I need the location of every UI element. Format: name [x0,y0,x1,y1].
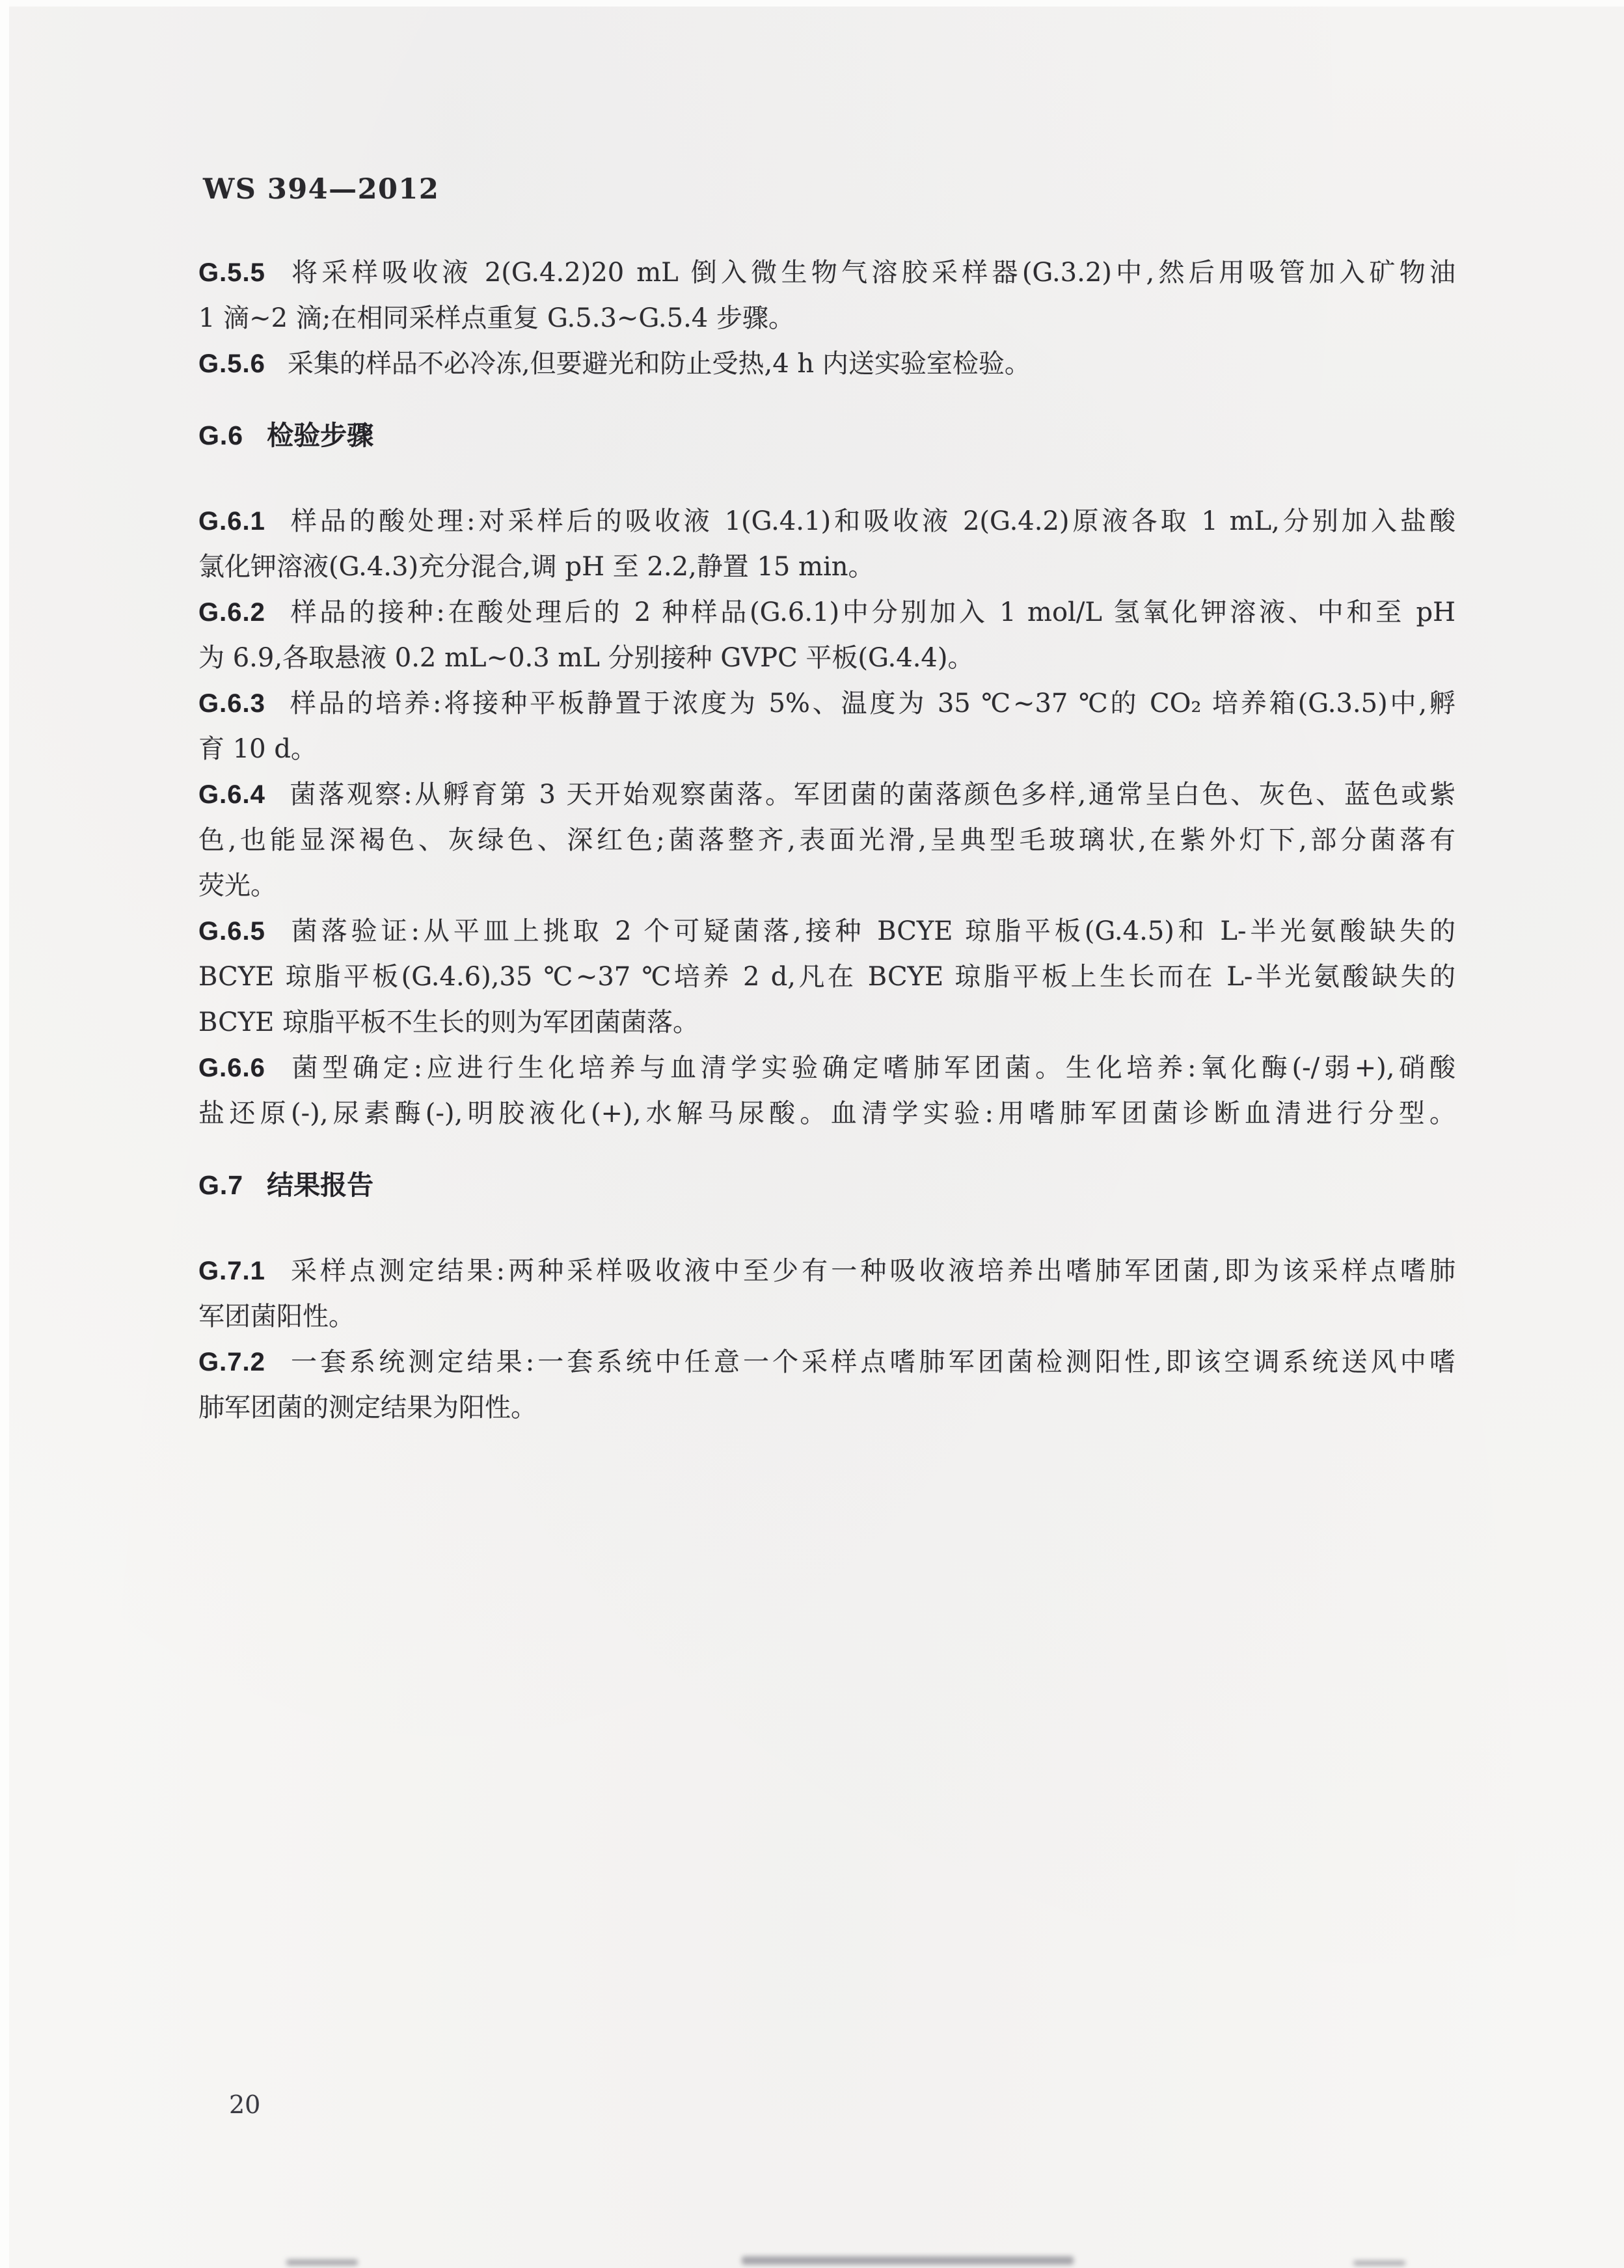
scan-edge-left [0,0,9,2268]
text-line: 肺军团菌的测定结果为阳性。 [198,1385,1455,1430]
section-title: 检验步骤 [267,420,373,450]
section-number: G.7 [198,1170,243,1200]
text-line: G.7.1采样点测定结果:两种采样吸收液中至少有一种吸收液培养出嗜肺军团菌,即为… [198,1248,1455,1294]
text-line: G.6.5菌落验证:从平皿上挑取 2 个可疑菌落,接种 BCYE 琼脂平板(G.… [198,909,1455,954]
clause-number: G.5.5 [198,258,265,287]
text-line: 为 6.9,各取悬液 0.2 mL~0.3 mL 分别接种 GVPC 平板(G.… [198,635,1455,681]
clause-paragraph: G.7.1采样点测定结果:两种采样吸收液中至少有一种吸收液培养出嗜肺军团菌,即为… [198,1248,1455,1339]
clause-text: BCYE 琼脂平板(G.4.6),35 ℃~37 ℃培养 2 d,凡在 BCYE… [198,962,1455,992]
standard-number-header: WS 394—2012 [203,173,439,206]
clause-number: G.7.1 [198,1257,265,1285]
scan-smudge [1353,2261,1405,2265]
text-line: 1 滴~2 滴;在相同采样点重复 G.5.3~G.5.4 步骤。 [198,295,1455,341]
clause-text: BCYE 琼脂平板不生长的则为军团菌菌落。 [198,1007,699,1037]
text-line: 军团菌阳性。 [198,1294,1455,1339]
section-heading: G.7结果报告 [198,1162,1455,1208]
text-line: G.6.3样品的培养:将接种平板静置于浓度为 5%、温度为 35 ℃~37 ℃的… [198,681,1455,726]
clause-text: 菌落验证:从平皿上挑取 2 个可疑菌落,接种 BCYE 琼脂平板(G.4.5)和… [288,916,1455,946]
clause-text: 样品的培养:将接种平板静置于浓度为 5%、温度为 35 ℃~37 ℃的 CO₂ … [288,689,1455,718]
clause-text: 菌落观察:从孵育第 3 天开始观察菌落。军团菌的菌落颜色多样,通常呈白色、灰色、… [288,780,1455,810]
text-line: 盐还原(-),尿素酶(-),明胶液化(+),水解马尿酸。血清学实验:用嗜肺军团菌… [198,1091,1455,1136]
clause-text: 样品的接种:在酸处理后的 2 种样品(G.6.1)中分别加入 1 mol/L 氢… [288,597,1455,627]
clause-text: 菌型确定:应进行生化培养与血清学实验确定嗜肺军团菌。生化培养:氧化酶(-/弱+)… [288,1053,1455,1083]
clause-text: 1 滴~2 滴;在相同采样点重复 G.5.3~G.5.4 步骤。 [198,303,794,333]
clause-text: 一套系统测定结果:一套系统中任意一个采样点嗜肺军团菌检测阳性,即该空调系统送风中… [288,1347,1455,1377]
text-line: G.6.1样品的酸处理:对采样后的吸收液 1(G.4.1)和吸收液 2(G.4.… [198,499,1455,544]
clause-number: G.6.4 [198,780,265,809]
clause-text: 荧光。 [198,871,277,901]
text-line: G.5.6采集的样品不必冷冻,但要避光和防止受热,4 h 内送实验室检验。 [198,341,1455,387]
text-line: 育 10 d。 [198,726,1455,772]
clause-text: 采集的样品不必冷冻,但要避光和防止受热,4 h 内送实验室检验。 [288,349,1031,379]
clause-text: 肺军团菌的测定结果为阳性。 [198,1393,537,1423]
text-line: G.6.4菌落观察:从孵育第 3 天开始观察菌落。军团菌的菌落颜色多样,通常呈白… [198,772,1455,817]
clause-text: 将采样吸收液 2(G.4.2)20 mL 倒入微生物气溶胶采样器(G.3.2)中… [288,258,1455,288]
clause-number: G.6.1 [198,507,265,536]
section-number: G.6 [198,420,243,450]
document-page: WS 394—2012 G.5.5将采样吸收液 2(G.4.2)20 mL 倒入… [0,0,1624,2268]
clause-number: G.6.3 [198,689,265,718]
clause-number: G.6.6 [198,1054,265,1082]
clause-text: 采样点测定结果:两种采样吸收液中至少有一种吸收液培养出嗜肺军团菌,即为该采样点嗜… [288,1256,1455,1286]
scan-smudge [286,2260,358,2265]
clause-paragraph: G.5.5将采样吸收液 2(G.4.2)20 mL 倒入微生物气溶胶采样器(G.… [198,250,1455,341]
clause-paragraph: G.6.6菌型确定:应进行生化培养与血清学实验确定嗜肺军团菌。生化培养:氧化酶(… [198,1045,1455,1136]
text-line: BCYE 琼脂平板不生长的则为军团菌菌落。 [198,1000,1455,1045]
clause-paragraph: G.5.6采集的样品不必冷冻,但要避光和防止受热,4 h 内送实验室检验。 [198,341,1455,387]
clause-text: 色,也能显深褐色、灰绿色、深红色;菌落整齐,表面光滑,呈典型毛玻璃状,在紫外灯下… [198,825,1455,855]
text-line: BCYE 琼脂平板(G.4.6),35 ℃~37 ℃培养 2 d,凡在 BCYE… [198,954,1455,1000]
text-line: G.6.2样品的接种:在酸处理后的 2 种样品(G.6.1)中分别加入 1 mo… [198,590,1455,635]
clause-number: G.7.2 [198,1348,265,1376]
text-line: G.7.2一套系统测定结果:一套系统中任意一个采样点嗜肺军团菌检测阳性,即该空调… [198,1339,1455,1385]
clause-paragraph: G.6.3样品的培养:将接种平板静置于浓度为 5%、温度为 35 ℃~37 ℃的… [198,681,1455,772]
clause-number: G.5.6 [198,349,265,378]
text-line: G.5.5将采样吸收液 2(G.4.2)20 mL 倒入微生物气溶胶采样器(G.… [198,250,1455,295]
clause-number: G.6.5 [198,917,265,946]
page-number: 20 [229,2090,260,2119]
clause-text: 为 6.9,各取悬液 0.2 mL~0.3 mL 分别接种 GVPC 平板(G.… [198,643,973,673]
clause-text: 盐还原(-),尿素酶(-),明胶液化(+),水解马尿酸。血清学实验:用嗜肺军团菌… [198,1099,1455,1128]
scan-edge-top [0,0,1624,7]
text-line: 荧光。 [198,863,1455,909]
text-line: 氯化钾溶液(G.4.3)充分混合,调 pH 至 2.2,静置 15 min。 [198,544,1455,590]
clause-paragraph: G.6.1样品的酸处理:对采样后的吸收液 1(G.4.1)和吸收液 2(G.4.… [198,499,1455,590]
clause-paragraph: G.6.4菌落观察:从孵育第 3 天开始观察菌落。军团菌的菌落颜色多样,通常呈白… [198,772,1455,909]
section-title: 结果报告 [267,1170,373,1200]
scan-smudge [742,2256,1074,2265]
clause-paragraph: G.7.2一套系统测定结果:一套系统中任意一个采样点嗜肺军团菌检测阳性,即该空调… [198,1339,1455,1430]
section-heading: G.6检验步骤 [198,413,1455,458]
clause-text: 军团菌阳性。 [198,1302,355,1332]
clause-number: G.6.2 [198,598,265,627]
clause-text: 育 10 d。 [198,734,317,764]
clause-text: 样品的酸处理:对采样后的吸收液 1(G.4.1)和吸收液 2(G.4.2)原液各… [288,506,1455,536]
clause-text: 氯化钾溶液(G.4.3)充分混合,调 pH 至 2.2,静置 15 min。 [198,552,874,582]
text-line: G.6.6菌型确定:应进行生化培养与血清学实验确定嗜肺军团菌。生化培养:氧化酶(… [198,1045,1455,1091]
clause-paragraph: G.6.2样品的接种:在酸处理后的 2 种样品(G.6.1)中分别加入 1 mo… [198,590,1455,681]
text-line: 色,也能显深褐色、灰绿色、深红色;菌落整齐,表面光滑,呈典型毛玻璃状,在紫外灯下… [198,817,1455,863]
document-body: G.5.5将采样吸收液 2(G.4.2)20 mL 倒入微生物气溶胶采样器(G.… [198,250,1455,1430]
clause-paragraph: G.6.5菌落验证:从平皿上挑取 2 个可疑菌落,接种 BCYE 琼脂平板(G.… [198,909,1455,1045]
